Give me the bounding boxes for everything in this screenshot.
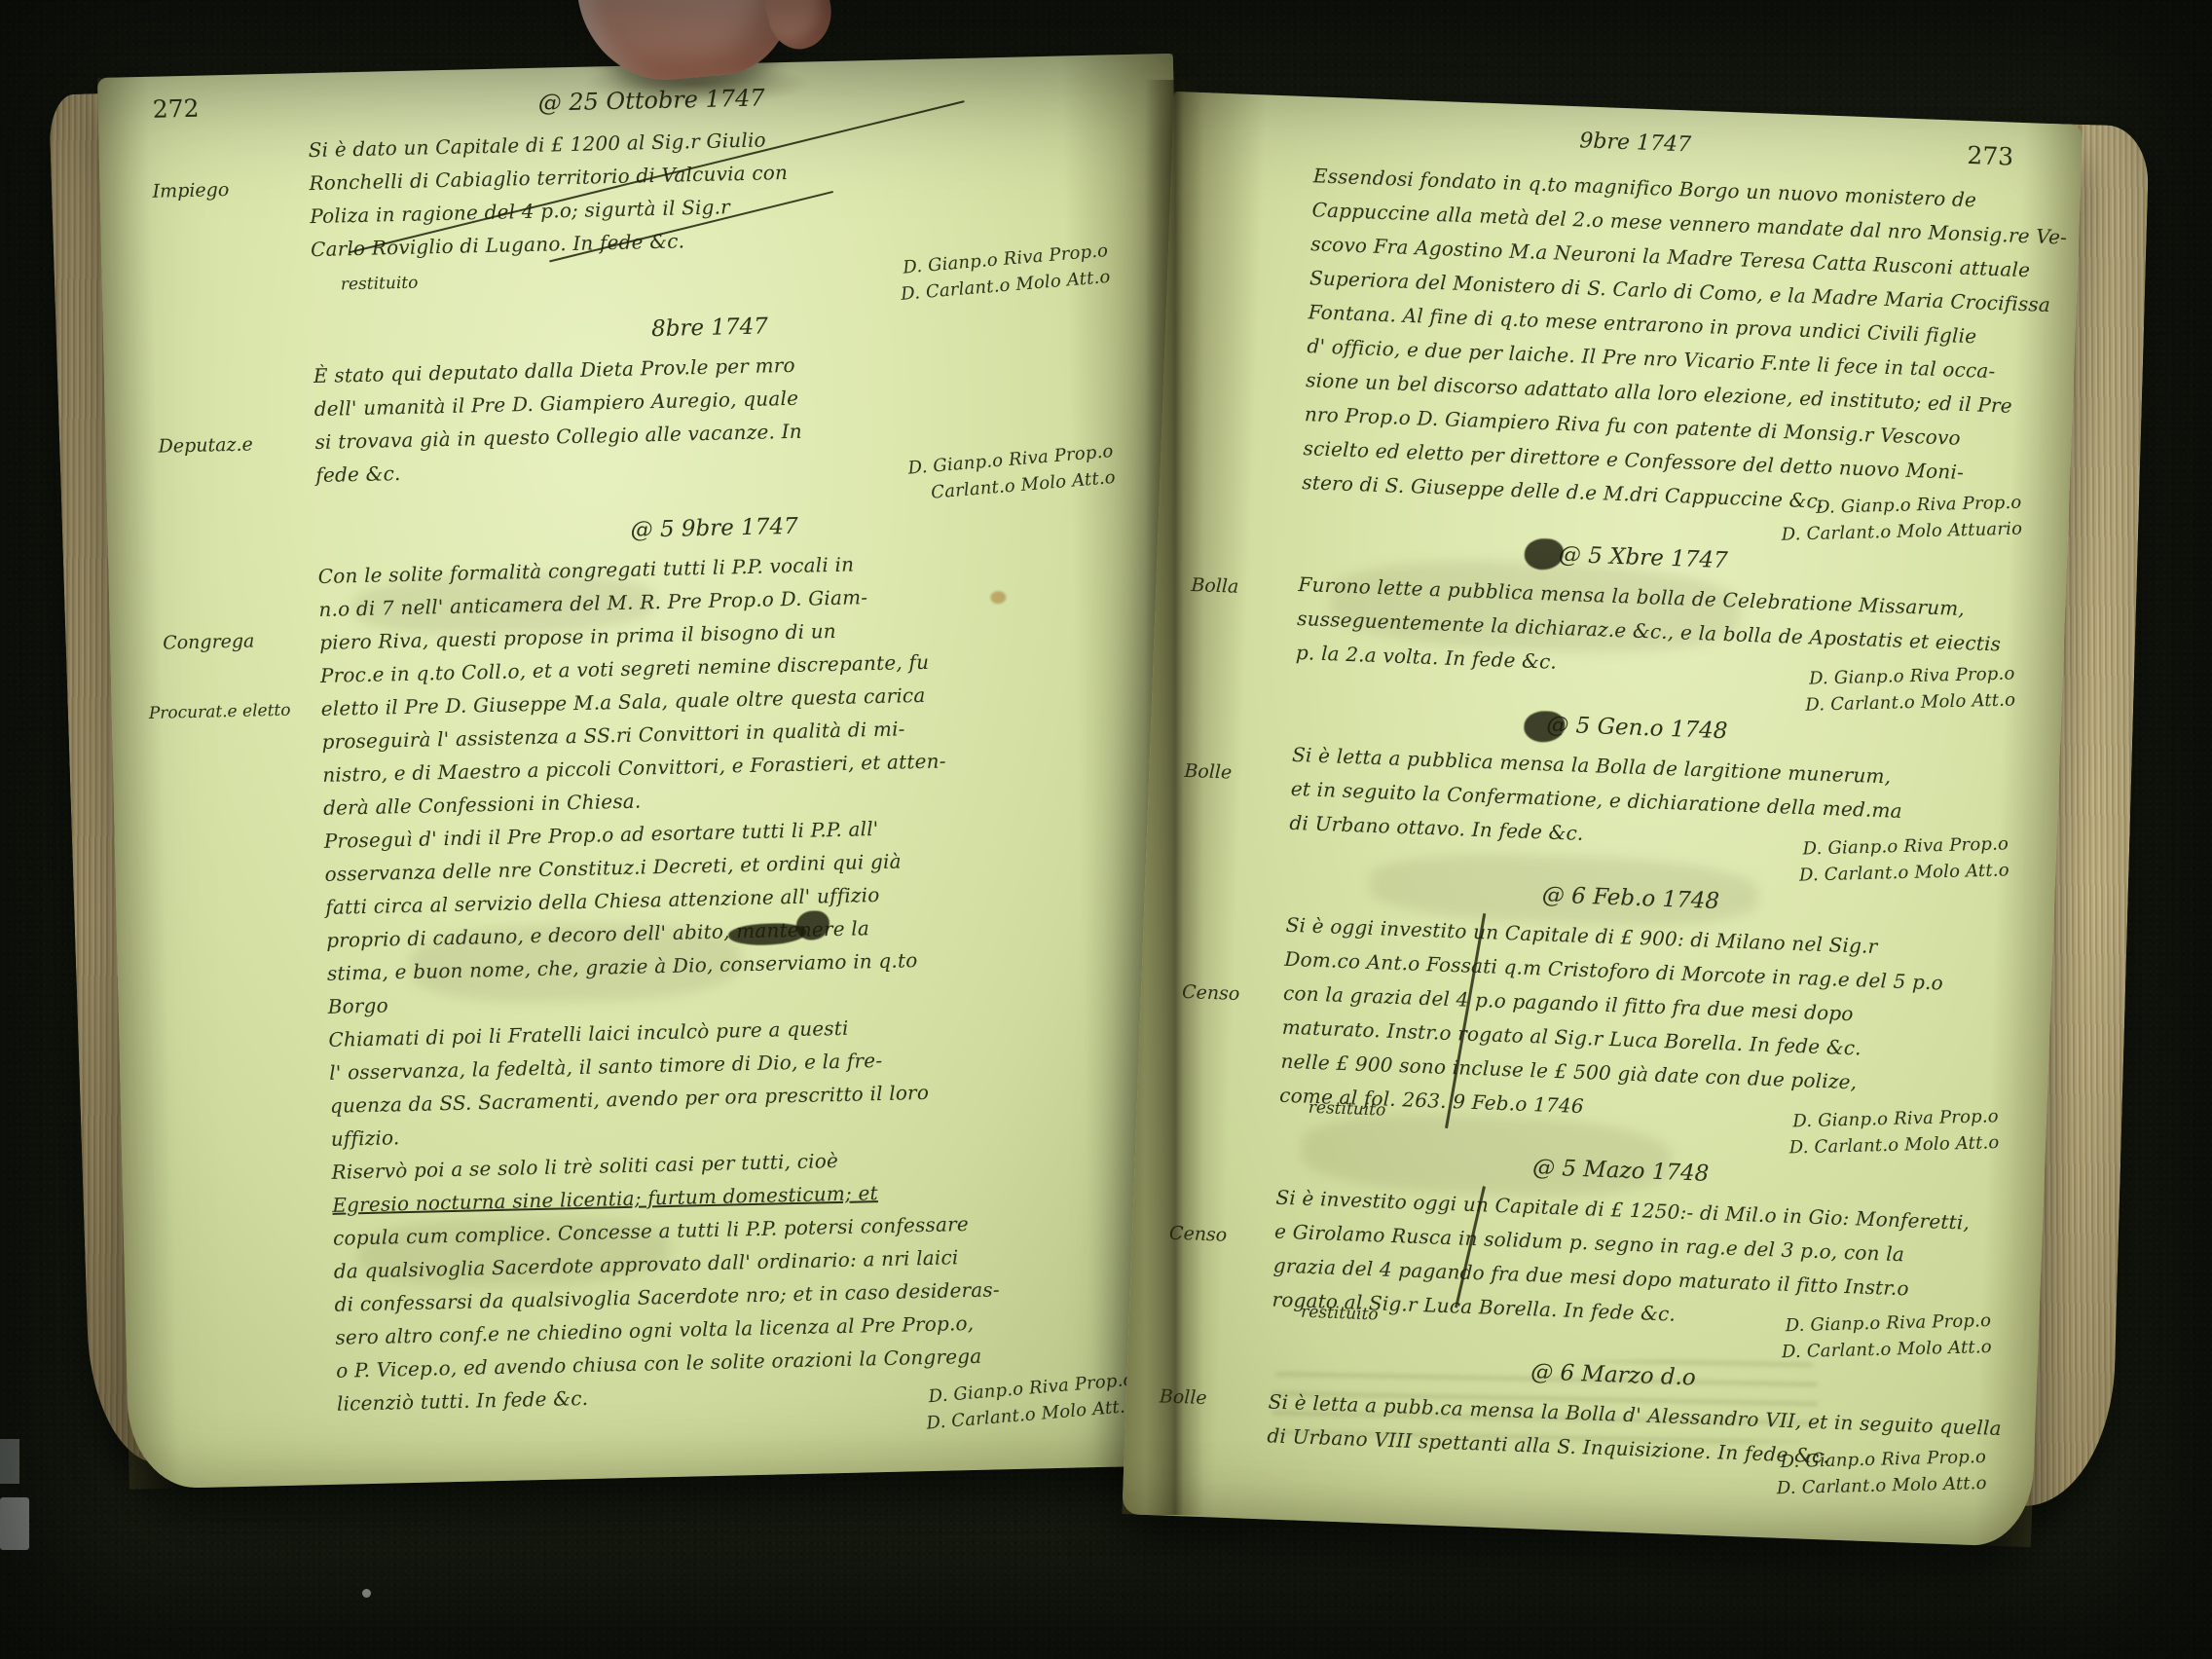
margin-note-censo: Censo [1182, 980, 1240, 1006]
margin-note-congrega: Congrega [163, 629, 255, 654]
signature-block: D. Gianp.o Riva Prop.oD. Carlant.o Molo … [1781, 1308, 1992, 1365]
entry-congrega: Congrega Procurat.e eletto Con le solite… [137, 540, 1180, 1424]
margin-column: Bolla [1178, 564, 1299, 670]
margin-column [1185, 155, 1314, 499]
page-number-272: 272 [127, 88, 281, 130]
margin-column: Bolle [1150, 1381, 1269, 1453]
margin-column: Congrega Procurat.e eletto [137, 560, 337, 1424]
right-page: 9bre 1747 273 Essendosi fondato in q.to … [1122, 92, 2083, 1547]
margin-column: Censo [1155, 1176, 1276, 1316]
signature-block: D. Gianp.o Riva Prop.oD. Carlant.o Molo … [1788, 1103, 2000, 1161]
signature-block: D. Gianp.o Riva Prop.oD. Carlant.o Molo … [1776, 1444, 1987, 1501]
entry-monistero-cappuccine: Essendosi fondato in q.to magnifico Borg… [1185, 155, 2059, 527]
signature-block: D. Gianp.o Riva Prop.oD. Carlant.o Molo … [1798, 830, 2009, 888]
backdrop-artifact [0, 1439, 19, 1484]
margin-column: Impiego [128, 133, 311, 270]
margin-note-procuratore-eletto: Procurat.e eletto [149, 699, 291, 725]
entry-censo-febbraio: Censo Si è oggi investito un Capitale di… [1162, 903, 2032, 1139]
margin-note-bolla: Bolla [1191, 573, 1239, 599]
margin-note-deputazione: Deputaz.e [158, 432, 253, 458]
entry-lines: Con le solite formalità congregati tutti… [317, 540, 1180, 1419]
entry-lines: Essendosi fondato in q.to magnifico Borg… [1302, 159, 2069, 527]
signature-block: D. Gianp.o Riva Prop.oD. Carlant.o Molo … [1805, 660, 2016, 718]
margin-column: Censo [1162, 903, 1287, 1112]
page-number-273: 273 [1967, 136, 2061, 178]
margin-note-impiego: Impiego [152, 178, 229, 203]
backdrop-artifact [0, 1497, 29, 1550]
signature-block: D. Gianp.o Riva Prop.oD. Carlant.o Molo … [1780, 490, 2022, 548]
margin-column: Bolle [1172, 734, 1293, 840]
left-page: 272 @ 25 Ottobre 1747 Impiego Si è dato … [97, 54, 1205, 1490]
margin-note-bolle: Bolle [1159, 1384, 1207, 1410]
running-head: 9bre 1747 [1579, 122, 1692, 165]
spacer [1021, 67, 1150, 70]
margin-note-censo: Censo [1169, 1222, 1228, 1247]
signature-line: D. Carlant.o Molo Att.o [1777, 1470, 1987, 1501]
manuscript-photo: 272 @ 25 Ottobre 1747 Impiego Si è dato … [0, 0, 2212, 1659]
margin-note-restituito: restituito [340, 260, 418, 297]
margin-column: Deputaz.e [133, 359, 316, 496]
backdrop-speck [362, 1589, 371, 1598]
entry-lines: Si è dato un Capitale di £ 1200 al Sig.r… [308, 114, 1154, 266]
margin-note-bolle: Bolle [1184, 759, 1233, 785]
